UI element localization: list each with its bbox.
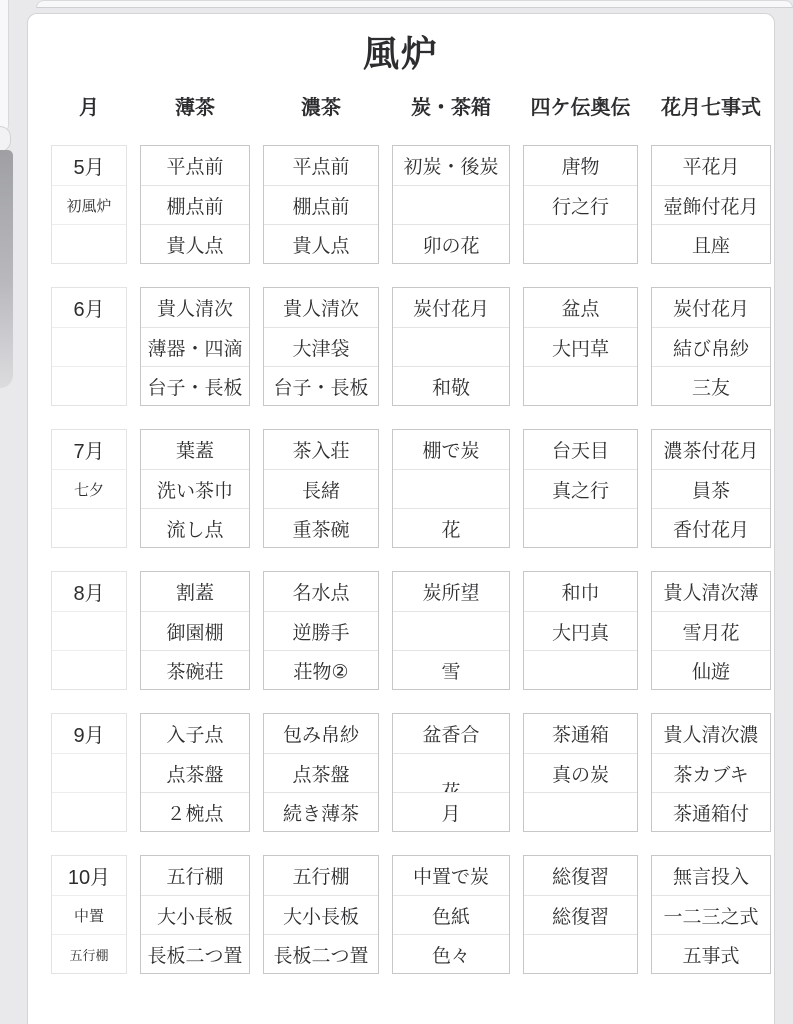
cell-text: 葉蓋 (176, 436, 214, 463)
cell-text: 点茶盤 (292, 760, 349, 787)
cell-text: 棚点前 (166, 192, 223, 219)
cell-text: 大円真 (552, 618, 609, 645)
practice-block: 盆香合花月 (392, 713, 510, 832)
cell-text: 台天目 (552, 436, 609, 463)
cell-text: 盆香合 (422, 720, 479, 747)
cell-text: 台子・長板 (273, 373, 368, 400)
table-cell: 棚点前 (264, 185, 378, 224)
cell-text: 無言投入 (673, 862, 749, 889)
table-cell: 葉蓋 (141, 430, 249, 469)
cell-text: 貴人清次 (157, 294, 233, 321)
table-cell: 中置で炭 (393, 856, 509, 895)
cell-text: 色紙 (432, 902, 470, 929)
cell-text: 重茶碗 (292, 515, 349, 542)
schedule-table: 月薄茶濃茶炭・茶箱四ケ伝奥伝花月七事式5月初風炉平点前棚点前貴人点平点前棚点前貴… (28, 91, 774, 974)
table-cell: 貴人清次 (264, 288, 378, 327)
table-cell: 無言投入 (652, 856, 770, 895)
month-cell: 7月 (52, 430, 126, 469)
cell-text: 平点前 (166, 152, 223, 179)
cell-text: 割蓋 (176, 578, 214, 605)
background-page-edge-left (0, 0, 9, 130)
page-curl-shadow (0, 150, 13, 388)
month-cell: 七夕 (52, 469, 126, 508)
table-cell: 総復習 (524, 856, 637, 895)
page-title: 風炉 (28, 32, 774, 75)
table-cell: 卯の花 (393, 224, 509, 263)
cell-text: ２椀点 (166, 799, 223, 826)
month-cell: 10月 (52, 856, 126, 895)
table-cell: 包み帛紗 (264, 714, 378, 753)
cell-text: 花 (441, 515, 460, 542)
cell-text: 長板二つ置 (147, 941, 242, 968)
cell-text: 荘物② (293, 657, 348, 684)
table-cell: 和敬 (393, 366, 509, 405)
month-block-0: 5月初風炉 (51, 145, 127, 264)
month-cell (52, 224, 126, 263)
table-cell: 棚点前 (141, 185, 249, 224)
table-cell: 薄器・四滴 (141, 327, 249, 366)
table-cell: 真之行 (524, 469, 637, 508)
practice-block: 包み帛紗点茶盤続き薄茶 (263, 713, 379, 832)
practice-block: 貴人清次大津袋台子・長板 (263, 287, 379, 406)
table-cell: 棚で炭 (393, 430, 509, 469)
cell-text: 真の炭 (552, 760, 609, 787)
page-edge-notch (0, 126, 11, 152)
cell-text: 点茶盤 (166, 760, 223, 787)
table-cell: 重茶碗 (264, 508, 378, 547)
table-cell: 員茶 (652, 469, 770, 508)
cell-text: 炭付花月 (413, 294, 489, 321)
cell-text: 大小長板 (283, 902, 359, 929)
cell-text: 総復習 (552, 862, 609, 889)
month-block-4: 9月 (51, 713, 127, 832)
month-cell: 初風炉 (52, 185, 126, 224)
cell-text: 台子・長板 (147, 373, 242, 400)
table-cell: 続き薄茶 (264, 792, 378, 831)
cell-text: 貴人清次 (283, 294, 359, 321)
table-cell: 五行棚 (141, 856, 249, 895)
cell-text: 茶碗荘 (166, 657, 223, 684)
month-block-5: 10月中置五行棚 (51, 855, 127, 974)
cell-text: 入子点 (166, 720, 223, 747)
table-cell: 香付花月 (652, 508, 770, 547)
practice-block: 平点前棚点前貴人点 (140, 145, 250, 264)
cell-text: 貴人点 (166, 231, 223, 258)
cell-text: 洗い茶巾 (157, 476, 233, 503)
month-cell (52, 327, 126, 366)
table-cell (393, 469, 509, 508)
cell-text: 五行棚 (166, 862, 223, 889)
practice-block: 葉蓋洗い茶巾流し点 (140, 429, 250, 548)
column-header-2: 濃茶 (263, 91, 379, 122)
practice-block: 茶通箱真の炭 (523, 713, 638, 832)
table-cell: 三友 (652, 366, 770, 405)
cell-text: 壺飾付花月 (663, 192, 758, 219)
table-cell: 荘物② (264, 650, 378, 689)
table-cell: 大円草 (524, 327, 637, 366)
cell-text: 中置 (74, 905, 104, 926)
column-header-3: 炭・茶箱 (392, 91, 510, 122)
table-cell (524, 792, 637, 831)
cell-text: 五事式 (682, 941, 739, 968)
table-cell: 台天目 (524, 430, 637, 469)
table-cell: 行之行 (524, 185, 637, 224)
table-cell: ２椀点 (141, 792, 249, 831)
table-cell: 台子・長板 (264, 366, 378, 405)
cell-text: 続き薄茶 (283, 799, 359, 826)
table-cell (393, 611, 509, 650)
table-cell (393, 185, 509, 224)
cell-text: 御園棚 (166, 618, 223, 645)
cell-text: 卯の花 (422, 231, 479, 258)
cell-text: 真之行 (552, 476, 609, 503)
table-cell: 貴人点 (264, 224, 378, 263)
cell-text: 大円草 (552, 334, 609, 361)
cell-text: 茶通箱 (552, 720, 609, 747)
cell-text: 6月 (73, 293, 104, 322)
month-cell: 五行棚 (52, 934, 126, 973)
table-cell: 貴人清次濃 (652, 714, 770, 753)
practice-block: 割蓋御園棚茶碗荘 (140, 571, 250, 690)
table-cell: 貴人点 (141, 224, 249, 263)
practice-block: 五行棚大小長板長板二つ置 (140, 855, 250, 974)
table-cell: 総復習 (524, 895, 637, 934)
table-cell: 御園棚 (141, 611, 249, 650)
cell-text: 貴人清次薄 (663, 578, 758, 605)
month-cell (52, 650, 126, 689)
table-cell: 雪月花 (652, 611, 770, 650)
cell-text: 総復習 (552, 902, 609, 929)
cell-text: 茶入荘 (292, 436, 349, 463)
cell-text: 五行棚 (292, 862, 349, 889)
cell-text: 炭所望 (422, 578, 479, 605)
month-cell (52, 792, 126, 831)
practice-block: 五行棚大小長板長板二つ置 (263, 855, 379, 974)
column-header-0: 月 (51, 91, 127, 122)
table-cell: 貴人清次薄 (652, 572, 770, 611)
table-cell: 且座 (652, 224, 770, 263)
table-cell: 壺飾付花月 (652, 185, 770, 224)
background-page-edge-top (36, 0, 793, 8)
cell-text: 平花月 (682, 152, 739, 179)
month-cell: 9月 (52, 714, 126, 753)
practice-block: 盆点大円草 (523, 287, 638, 406)
month-block-3: 8月 (51, 571, 127, 690)
cell-text: 行之行 (552, 192, 609, 219)
practice-block: 総復習総復習 (523, 855, 638, 974)
cell-text: 棚点前 (292, 192, 349, 219)
table-cell: 茶入荘 (264, 430, 378, 469)
practice-block: 中置で炭色紙色々 (392, 855, 510, 974)
table-cell: 仙遊 (652, 650, 770, 689)
cell-text: 唐物 (561, 152, 599, 179)
table-cell: 五事式 (652, 934, 770, 973)
table-cell: 割蓋 (141, 572, 249, 611)
table-cell: 五行棚 (264, 856, 378, 895)
table-cell (524, 934, 637, 973)
table-cell: 和巾 (524, 572, 637, 611)
table-cell (524, 508, 637, 547)
table-cell: 花 (393, 753, 509, 792)
table-cell: 長板二つ置 (264, 934, 378, 973)
practice-block: 濃茶付花月員茶香付花月 (651, 429, 771, 548)
practice-block: 初炭・後炭卯の花 (392, 145, 510, 264)
cell-text: 茶カブキ (673, 760, 748, 787)
cell-text: 逆勝手 (292, 618, 349, 645)
table-cell: 結び帛紗 (652, 327, 770, 366)
month-cell: 8月 (52, 572, 126, 611)
table-cell: 茶カブキ (652, 753, 770, 792)
table-cell: 初炭・後炭 (393, 146, 509, 185)
cell-text: 色々 (432, 941, 470, 968)
cell-text: 七夕 (74, 479, 104, 500)
month-block-2: 7月七夕 (51, 429, 127, 548)
month-cell (52, 611, 126, 650)
table-cell: 濃茶付花月 (652, 430, 770, 469)
month-cell: 中置 (52, 895, 126, 934)
cell-text: 大津袋 (292, 334, 349, 361)
table-cell: 洗い茶巾 (141, 469, 249, 508)
column-header-5: 花月七事式 (651, 91, 771, 122)
table-cell: 炭付花月 (393, 288, 509, 327)
month-cell (52, 753, 126, 792)
table-cell: 平花月 (652, 146, 770, 185)
table-cell: 茶碗荘 (141, 650, 249, 689)
table-cell: 平点前 (264, 146, 378, 185)
cell-text: 9月 (73, 719, 104, 748)
month-cell (52, 508, 126, 547)
cell-text: 7月 (73, 435, 104, 464)
table-cell: 大小長板 (141, 895, 249, 934)
table-cell: 大小長板 (264, 895, 378, 934)
column-header-4: 四ケ伝奥伝 (523, 91, 638, 122)
table-cell: 貴人清次 (141, 288, 249, 327)
cell-text: 長板二つ置 (273, 941, 368, 968)
table-cell: 平点前 (141, 146, 249, 185)
table-cell: 雪 (393, 650, 509, 689)
cell-text: 雪 (441, 657, 460, 684)
cell-text: 香付花月 (673, 515, 749, 542)
cell-text: 仙遊 (692, 657, 730, 684)
table-cell (524, 650, 637, 689)
table-cell: 流し点 (141, 508, 249, 547)
table-cell: 一二三之式 (652, 895, 770, 934)
cell-text: 8月 (73, 577, 104, 606)
cell-text: 流し点 (166, 515, 223, 542)
table-cell: 台子・長板 (141, 366, 249, 405)
table-cell (524, 366, 637, 405)
table-cell: 花 (393, 508, 509, 547)
table-cell: 唐物 (524, 146, 637, 185)
table-cell: 茶通箱 (524, 714, 637, 753)
practice-block: 貴人清次濃茶カブキ茶通箱付 (651, 713, 771, 832)
practice-block: 台天目真之行 (523, 429, 638, 548)
cell-text: 和敬 (432, 373, 470, 400)
table-cell: 真の炭 (524, 753, 637, 792)
cell-text: 且座 (692, 231, 730, 258)
table-cell: 盆点 (524, 288, 637, 327)
cell-text: 一二三之式 (663, 902, 758, 929)
practice-block: 無言投入一二三之式五事式 (651, 855, 771, 974)
table-cell: 大津袋 (264, 327, 378, 366)
cell-text: 炭付花月 (673, 294, 749, 321)
table-cell: 長緒 (264, 469, 378, 508)
practice-block: 貴人清次薄器・四滴台子・長板 (140, 287, 250, 406)
cell-text: 5月 (73, 151, 104, 180)
document-page: 風炉 月薄茶濃茶炭・茶箱四ケ伝奥伝花月七事式5月初風炉平点前棚点前貴人点平点前棚… (27, 13, 775, 1024)
cell-text: 貴人点 (292, 231, 349, 258)
cell-text: 月 (441, 799, 460, 826)
cell-text: 濃茶付花月 (663, 436, 758, 463)
cell-text: 中置で炭 (413, 862, 489, 889)
cell-text: 員茶 (692, 476, 730, 503)
table-cell: 点茶盤 (264, 753, 378, 792)
practice-block: 棚で炭花 (392, 429, 510, 548)
table-cell: 炭付花月 (652, 288, 770, 327)
table-cell: 逆勝手 (264, 611, 378, 650)
cell-text: 茶通箱付 (673, 799, 749, 826)
cell-text: 平点前 (292, 152, 349, 179)
cell-text: 和巾 (561, 578, 599, 605)
practice-block: 炭付花月和敬 (392, 287, 510, 406)
practice-block: 名水点逆勝手荘物② (263, 571, 379, 690)
month-cell: 5月 (52, 146, 126, 185)
cell-text: 棚で炭 (422, 436, 479, 463)
cell-text: 包み帛紗 (283, 720, 359, 747)
cell-text: 10月 (68, 861, 110, 890)
table-cell: 茶通箱付 (652, 792, 770, 831)
table-cell: 盆香合 (393, 714, 509, 753)
cell-text: 大小長板 (157, 902, 233, 929)
cell-text: 初炭・後炭 (403, 152, 498, 179)
table-cell: 色紙 (393, 895, 509, 934)
table-cell: 点茶盤 (141, 753, 249, 792)
table-cell (524, 224, 637, 263)
cell-text: 雪月花 (682, 618, 739, 645)
practice-block: 和巾大円真 (523, 571, 638, 690)
table-cell: 色々 (393, 934, 509, 973)
cell-text: 薄器・四滴 (147, 334, 242, 361)
cell-text: 三友 (692, 373, 730, 400)
cell-text: 名水点 (292, 578, 349, 605)
table-cell: 名水点 (264, 572, 378, 611)
practice-block: 平点前棚点前貴人点 (263, 145, 379, 264)
practice-block: 入子点点茶盤２椀点 (140, 713, 250, 832)
cell-text: 盆点 (561, 294, 599, 321)
cell-text: 花 (441, 777, 460, 793)
practice-block: 唐物行之行 (523, 145, 638, 264)
column-header-1: 薄茶 (140, 91, 250, 122)
practice-block: 貴人清次薄雪月花仙遊 (651, 571, 771, 690)
practice-block: 炭付花月結び帛紗三友 (651, 287, 771, 406)
screen: { "page": { "title": "風炉" }, "colors": {… (0, 0, 793, 1024)
table-cell (393, 327, 509, 366)
table-cell: 炭所望 (393, 572, 509, 611)
table-cell: 大円真 (524, 611, 637, 650)
month-cell: 6月 (52, 288, 126, 327)
cell-text: 結び帛紗 (673, 334, 749, 361)
cell-text: 長緒 (302, 476, 340, 503)
table-cell: 入子点 (141, 714, 249, 753)
cell-text: 五行棚 (69, 945, 108, 964)
cell-text: 貴人清次濃 (663, 720, 758, 747)
table-cell: 月 (393, 792, 509, 831)
cell-text: 初風炉 (66, 195, 111, 216)
table-cell: 長板二つ置 (141, 934, 249, 973)
practice-block: 炭所望雪 (392, 571, 510, 690)
month-block-1: 6月 (51, 287, 127, 406)
practice-block: 平花月壺飾付花月且座 (651, 145, 771, 264)
month-cell (52, 366, 126, 405)
practice-block: 茶入荘長緒重茶碗 (263, 429, 379, 548)
